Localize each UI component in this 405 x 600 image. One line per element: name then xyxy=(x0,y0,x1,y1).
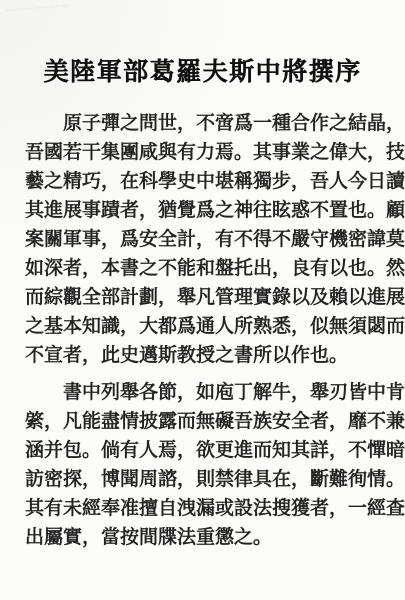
page-title: 美陸軍部葛羅夫斯中將撰序 xyxy=(0,0,405,88)
text-line: 綮，凡能盡情披露而無礙吾族安全者，靡不兼 xyxy=(25,407,385,436)
text-line: 吾國若干集團咸與有力焉。其事業之偉大，技 xyxy=(25,138,385,167)
text-line: 而綜觀全部計劃，舉凡管理實錄以及賴以進展 xyxy=(25,283,385,312)
text-line: 之基本知識，大都爲通人所熟悉，似無須閟而 xyxy=(25,312,385,341)
text-line: 藝之精巧，在科學史中堪稱獨步，吾人今日讀 xyxy=(25,167,385,196)
paragraph-1: 原子彈之問世，不啻爲一種合作之結晶， 吾國若干集團咸與有力焉。其事業之偉大，技 … xyxy=(25,109,385,370)
text-line: 其進展事蹟者，猶覺爲之神往眩惑不置也。顧 xyxy=(25,196,385,225)
body-text: 原子彈之問世，不啻爲一種合作之結晶， 吾國若干集團咸與有力焉。其事業之偉大，技 … xyxy=(0,88,405,552)
text-line: 書中列舉各節，如庖丁解牛，舉刃皆中肯 xyxy=(25,378,385,407)
text-line: 案關軍事，爲安全計，有不得不嚴守機密諱莫 xyxy=(25,225,385,254)
scanned-page: ········ ·········· 美陸軍部葛羅夫斯中將撰序 原子彈之問世，… xyxy=(0,0,405,600)
text-line: 訪密探，博聞周諮，則禁律具在，斷難徇情。 xyxy=(25,465,385,494)
text-line: 不宣者，此史邁斯教授之書所以作也。 xyxy=(25,341,385,370)
text-line: 涵并包。倘有人焉，欲更進而知其詳，不憚暗 xyxy=(25,436,385,465)
paragraph-2: 書中列舉各節，如庖丁解牛，舉刃皆中肯 綮，凡能盡情披露而無礙吾族安全者，靡不兼 … xyxy=(25,378,385,552)
text-line: 如深者，本書之不能和盤托出，良有以也。然 xyxy=(25,254,385,283)
text-line: 原子彈之問世，不啻爲一種合作之結晶， xyxy=(25,109,385,138)
text-line: 其有未經奉准擅自洩漏或設法搜獲者，一經查 xyxy=(25,494,385,523)
text-line: 出屬實，當按間牒法重懲之。 xyxy=(25,523,385,552)
